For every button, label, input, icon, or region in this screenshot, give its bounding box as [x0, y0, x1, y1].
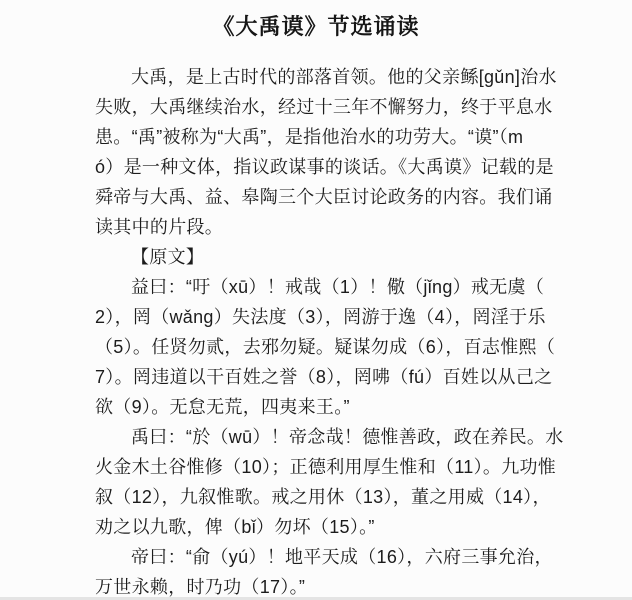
text-line-yi-says-5: 欲（9）。无怠无荒，四夷来王。”	[95, 392, 595, 422]
text-line-yu-says-4: 劝之以九歌，俾（bǐ）勿坏（15）。”	[95, 512, 595, 542]
document-page: 《大禹谟》节选诵读 大禹，是上古时代的部落首领。他的父亲鲧[gǔn]治水 失败，…	[0, 0, 632, 600]
text-line-intro-2: 失败，大禹继续治水，经过十三年不懈努力，终于平息水	[95, 92, 595, 122]
text-line-intro-6: 读其中的片段。	[95, 212, 595, 242]
text-line-intro-4: ó）是一种文体，指议政谋事的谈话。《大禹谟》记载的是	[95, 152, 595, 182]
text-line-intro-5: 舜帝与大禹、益、皋陶三个大臣讨论政务的内容。我们诵	[95, 182, 595, 212]
text-line-emperor-says-1: 帝曰：“俞（yú）！地平天成（16），六府三事允治，	[95, 542, 595, 572]
text-line-yu-says-2: 火金木土谷惟修（10）；正德利用厚生惟和（11）。九功惟	[95, 452, 595, 482]
text-line-yi-says-1: 益曰：“吁（xū）！戒哉（1）！儆（jǐng）戒无虞（	[95, 272, 595, 302]
text-line-yi-says-4: 7）。罔违道以干百姓之誉（8），罔咈（fú）百姓以从己之	[95, 362, 595, 392]
text-line-yu-says-3: 叙（12），九叙惟歌。戒之用休（13），董之用威（14），	[95, 482, 595, 512]
document-body: 大禹，是上古时代的部落首领。他的父亲鲧[gǔn]治水 失败，大禹继续治水，经过十…	[95, 62, 595, 600]
text-line-intro-3: 患。“禹”被称为“大禹”，是指他治水的功劳大。“谟”（m	[95, 122, 595, 152]
text-line-yi-says-3: （5）。任贤勿贰，去邪勿疑。疑谋勿成（6），百志惟熙（	[95, 332, 595, 362]
text-line-intro-1: 大禹，是上古时代的部落首领。他的父亲鲧[gǔn]治水	[95, 62, 595, 92]
text-line-yu-says-1: 禹曰：“於（wū）！帝念哉！德惟善政，政在养民。水	[95, 422, 595, 452]
section-label-original-text: 【原文】	[95, 242, 595, 272]
text-line-emperor-says-2: 万世永赖，时乃功（17）。”	[95, 572, 595, 600]
text-line-yi-says-2: 2），罔（wǎng）失法度（3），罔游于逸（4），罔淫于乐	[95, 302, 595, 332]
page-title: 《大禹谟》节选诵读	[0, 12, 632, 42]
